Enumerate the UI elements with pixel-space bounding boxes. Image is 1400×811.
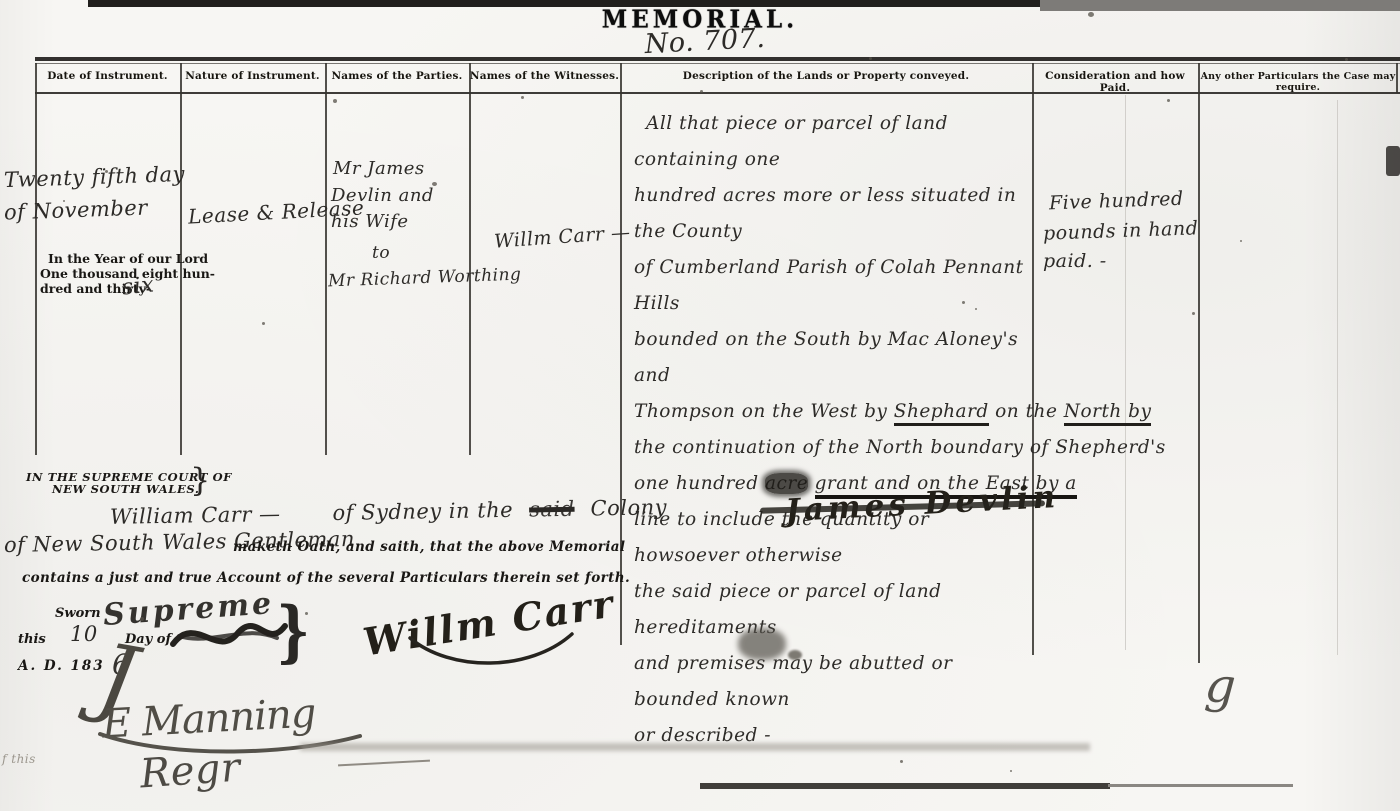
description-line-2: hundred acres more or less situated in t… [634,178,1030,250]
flourish-dash-mark [338,760,430,767]
date-written-line-2: of November [4,195,148,224]
description-line-1: All that piece or parcel of land contain… [634,106,1030,178]
bottom-scan-edge-light [1108,784,1293,787]
col-line-6 [1198,63,1200,663]
stain [869,57,872,60]
bottom-scan-edge [700,783,1110,789]
parties-line-3: his Wife [331,211,409,232]
stain [521,96,524,99]
sworn-brace: } [276,592,310,670]
line7-blotted-word: acre [765,473,808,494]
col-line-3 [469,63,471,455]
month-scribble-mark [165,612,290,660]
stain [1167,99,1170,102]
margin-note: f this [2,752,36,766]
witnesses-written: Willm Carr — [493,221,631,252]
stain [432,182,437,186]
stain [962,301,965,304]
col-line-2 [325,63,327,455]
registrar-title: Regr [139,745,242,798]
column-header-nature: Nature of Instrument. [180,70,325,82]
ink-blob-small [788,650,802,660]
stain [333,99,337,103]
line5-pre: Thompson on the West by [634,401,894,422]
ad-label: A. D. 183 [18,658,105,674]
stain [305,612,308,615]
ink-blob-cluster [738,628,786,660]
parties-line-4: to [372,243,390,263]
affidavit-struck-word: said [529,497,575,522]
stain [1345,58,1348,61]
stain [140,617,144,621]
stain [700,90,703,93]
particulars-pen-mark: g [1203,657,1238,715]
stain [1088,12,1094,17]
column-header-parties: Names of the Parties. [325,70,469,82]
stain [1192,312,1195,315]
affidavit-line1-post: Colony [590,495,667,520]
sworn-this-label: this [18,632,46,647]
line5-underlined-north: North by [1064,401,1152,426]
stain [900,760,903,763]
parties-line-2: Devlin and [331,185,434,206]
affidavit-line-2-printed: maketh Oath, and saith, that the above M… [233,539,625,555]
head-rule-thick [35,57,1400,61]
column-header-particulars: Any other Particulars the Case may requi… [1198,71,1398,93]
description-line-6: the continuation of the North boundary o… [634,430,1030,466]
affidavit-line1-pre: of Sydney in the [332,498,513,525]
head-rule-thin [35,63,1400,64]
col-line-left [35,63,37,455]
sworn-day-value: 10 [70,622,98,646]
date-printed-line-1: In the Year of our Lord [48,251,208,266]
affidavit-line-1: William Carr —of Sydney in thesaidColony [110,495,667,529]
parties-line-5: Mr Richard Worthing [328,265,522,292]
col-line-5 [1032,63,1034,655]
bottom-smudge-band [300,743,1090,751]
stain [262,322,265,325]
column-header-description: Description of the Lands or Property con… [620,70,1032,82]
consideration-line-3: paid. - [1043,250,1107,272]
court-heading-brace: } [190,461,210,499]
consideration-line-2: pounds in hand [1043,217,1199,244]
description-line-9: the said piece or parcel of land heredit… [634,574,1030,646]
column-header-date: Date of Instrument. [35,70,180,82]
stain [105,170,108,173]
stain [1010,770,1012,772]
stain [63,200,65,202]
line5-underlined-shephard: Shephard [894,401,989,426]
stain [975,308,977,310]
consideration-line-1: Five hundred [1049,188,1184,215]
date-year-written: six [121,272,156,300]
description-block: All that piece or parcel of land contain… [634,106,1030,754]
parties-line-1: Mr James [333,158,425,179]
stain [1240,240,1242,242]
col-line-4 [620,63,622,645]
right-edge-blotch [1386,146,1400,176]
description-line-3: of Cumberland Parish of Colah Pennant Hi… [634,250,1030,322]
carr-signature-flourish [400,630,580,670]
date-written-line-1: Twenty fifth day [4,162,186,192]
column-header-witnesses: Names of the Witnesses. [469,70,620,82]
sworn-label: Sworn [55,606,101,621]
court-heading-line-2: NEW SOUTH WALES. [52,482,199,496]
column-header-consideration: Consideration and how Paid. [1032,70,1198,94]
deponent-name: William Carr — [110,502,281,529]
affidavit-line-3-printed: contains a just and true Account of the … [22,570,630,586]
line5-mid: on the [989,401,1064,422]
description-line-10: and premises may be abutted or bounded k… [634,646,1030,718]
description-line-5: Thompson on the West by Shephard on the … [634,394,1030,430]
fold-crease-1 [1125,95,1126,650]
description-line-4: bounded on the South by Mac Aloney's and [634,322,1030,394]
fold-crease-2 [1337,100,1338,655]
line7-pre: one hundred [634,473,765,494]
memorial-document: MEMORIAL. No. 707. Date of Instrument. N… [0,0,1400,811]
